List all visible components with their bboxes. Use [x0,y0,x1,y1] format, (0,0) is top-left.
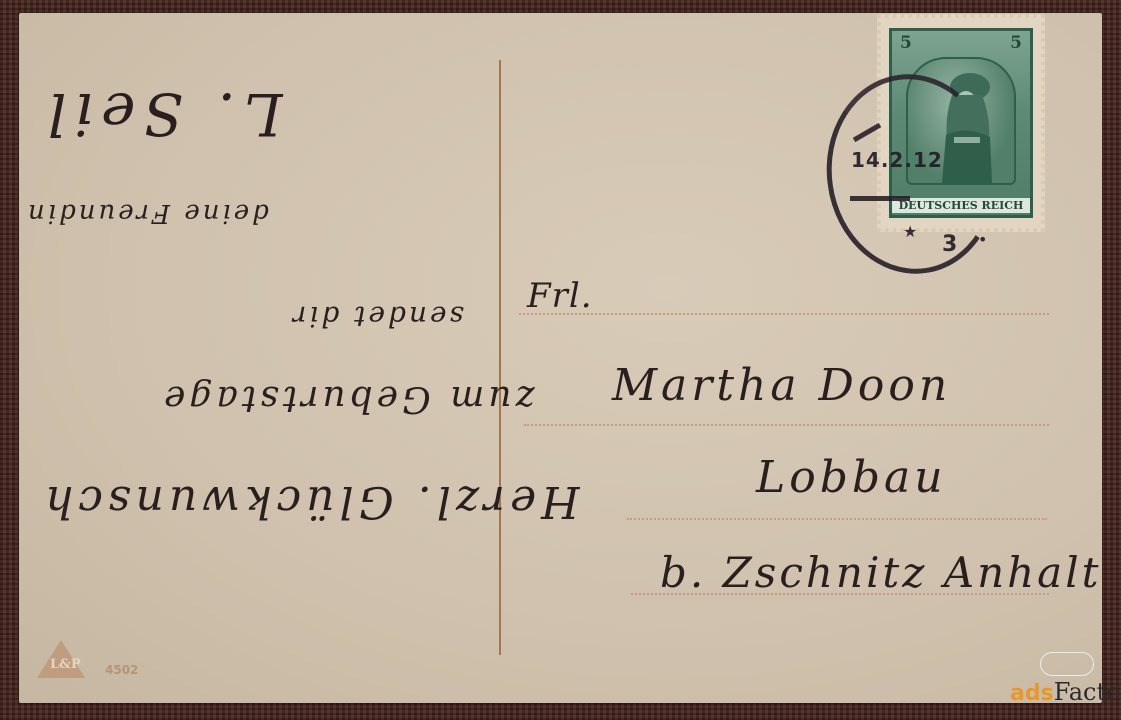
watermark-suffix: Factory [1054,678,1121,706]
address-line-3 [627,518,1047,520]
message-signature: L. Seil [40,80,283,148]
stamp-value-right: 5 [1010,33,1022,53]
postmark-star-icon: ★ [903,222,917,241]
address-line-1 [519,313,1049,315]
postmark-date: 14.2.12 [851,148,943,172]
address-locality: b. Zschnitz Anhalt [660,548,1102,597]
message-line-occasion: zum Geburtstage [160,378,534,419]
address-salutation: Frl. [527,276,593,316]
watermark-cloud-icon [1040,652,1094,676]
postmark-dot: • [978,230,987,249]
card-number: 4502 [105,663,138,677]
address-line-2 [524,424,1049,426]
message-line-friend: deine Freundin [25,198,269,228]
publisher-logo-text: L&P [50,657,81,672]
watermark: adsFactory [1010,678,1121,706]
message-line-sender: sendet dir [290,300,464,333]
center-divider-line [499,60,501,655]
watermark-prefix: ads [1010,681,1054,706]
postmark-district: 3 [942,232,957,257]
address-town: Lobbau [756,452,947,503]
address-name: Martha Doon [612,360,951,411]
postmark-bar-bottom [850,196,910,201]
message-line-greeting: Herzl. Glückwunsch [40,476,579,527]
stamp-value-left: 5 [900,33,912,53]
